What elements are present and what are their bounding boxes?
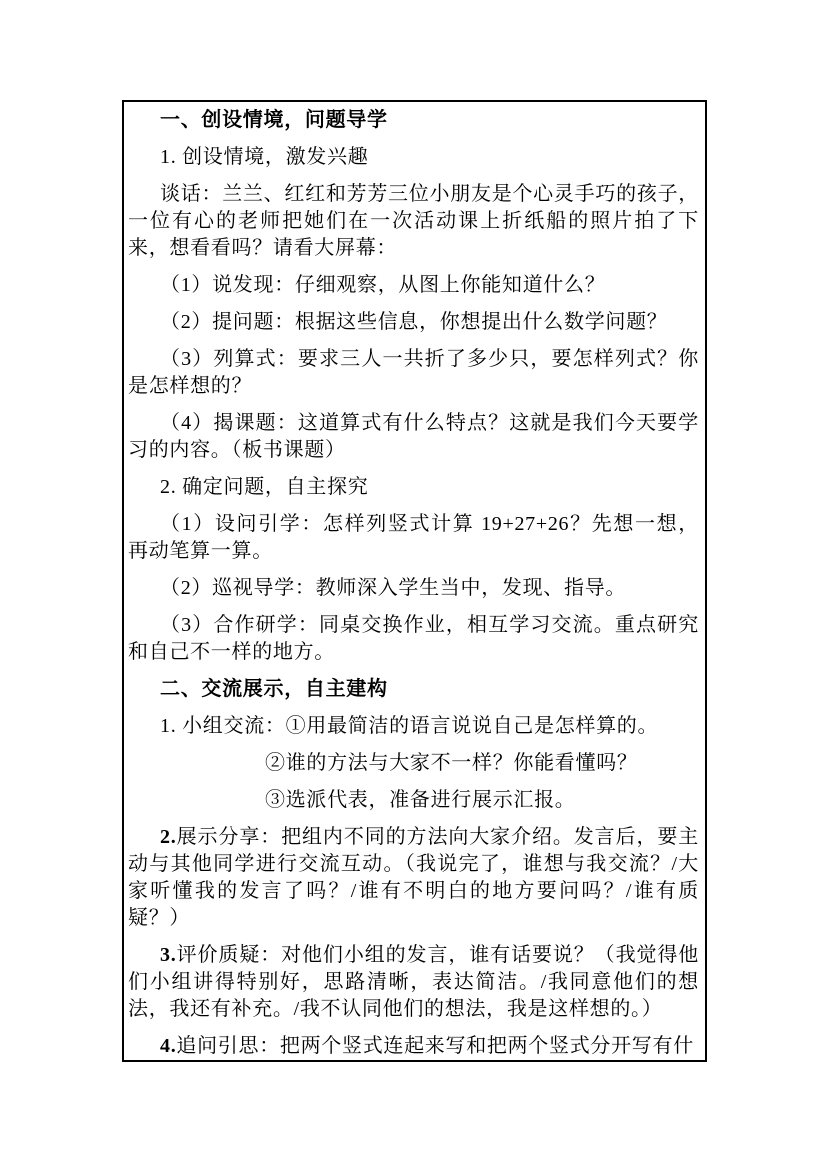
paragraph: ②谁的方法与大家不一样？你能看懂吗？ (128, 750, 699, 777)
paragraph: （3）合作研学：同桌交换作业，相互学习交流。重点研究和自己不一样的地方。 (128, 612, 699, 666)
paragraph: （1）说发现：仔细观察，从图上你能知道什么？ (128, 272, 699, 299)
lesson-plan-table-cell: 一、创设情境，问题导学1. 创设情境，激发兴趣谈话：兰兰、红红和芳芳三位小朋友是… (122, 100, 707, 1062)
paragraph: 3.评价质疑：对他们小组的发言，谁有话要说？（我觉得他们小组讲得特别好，思路清晰… (128, 942, 699, 1023)
paragraph: （1）设问引学：怎样列竖式计算 19+27+26？先想一想，再动笔算一算。 (128, 511, 699, 565)
paragraph: （4）揭课题：这道算式有什么特点？这就是我们今天要学习的内容。（板书课题） (128, 410, 699, 464)
paragraph: 2.展示分享：把组内不同的方法向大家介绍。发言后，要主动与其他同学进行交流互动。… (128, 824, 699, 932)
paragraph: （3）列算式：要求三人一共折了多少只，要怎样列式？你是怎样想的？ (128, 346, 699, 400)
paragraph-number-prefix: 3. (160, 944, 176, 966)
paragraph: 2. 确定问题，自主探究 (128, 474, 699, 501)
section-heading: 一、创设情境，问题导学 (128, 107, 699, 134)
paragraph-number-prefix: 2. (160, 826, 176, 848)
paragraph: 1. 小组交流：①用最简洁的语言说说自己是怎样算的。 (128, 713, 699, 740)
paragraph: 1. 创设情境，激发兴趣 (128, 144, 699, 171)
paragraph: 谈话：兰兰、红红和芳芳三位小朋友是个心灵手巧的孩子，一位有心的老师把她们在一次活… (128, 181, 699, 262)
document-page: 一、创设情境，问题导学1. 创设情境，激发兴趣谈话：兰兰、红红和芳芳三位小朋友是… (0, 0, 827, 1170)
paragraph: （2）提问题：根据这些信息，你想提出什么数学问题？ (128, 309, 699, 336)
section-heading: 二、交流展示，自主建构 (128, 676, 699, 703)
paragraph: （2）巡视导学：教师深入学生当中，发现、指导。 (128, 575, 699, 602)
paragraph: 4.追问引思：把两个竖式连起来写和把两个竖式分开写有什 (128, 1033, 699, 1060)
paragraph: ③选派代表，准备进行展示汇报。 (128, 787, 699, 814)
paragraph-number-prefix: 4. (160, 1035, 176, 1057)
